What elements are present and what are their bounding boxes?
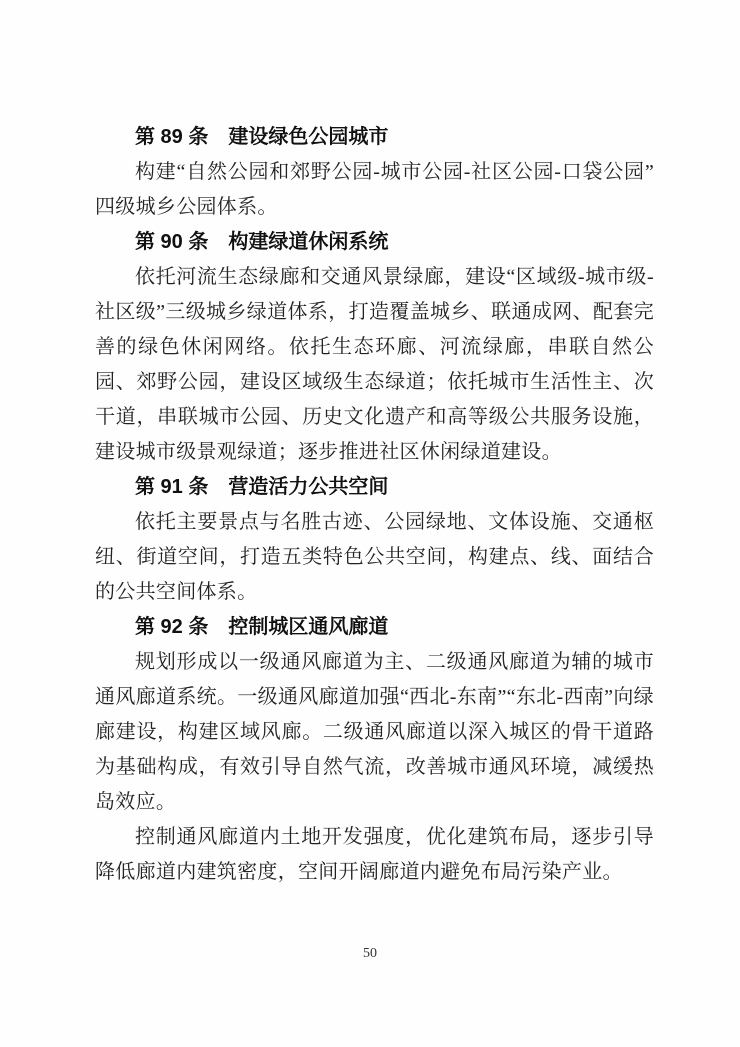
article-heading: 第 92 条 控制城区通风廊道 bbox=[95, 610, 654, 645]
article-paragraph: 控制通风廊道内土地开发强度，优化建筑布局，逐步引导降低廊道内建筑密度，空间开阔廊… bbox=[95, 820, 654, 890]
article-heading: 第 91 条 营造活力公共空间 bbox=[95, 470, 654, 505]
article-section-90: 第 90 条 构建绿道休闲系统 依托河流生态绿廊和交通风景绿廊，建设“区域级-城… bbox=[95, 225, 654, 470]
document-content: 第 89 条 建设绿色公园城市 构建“自然公园和郊野公园-城市公园-社区公园-口… bbox=[95, 120, 654, 890]
article-paragraph: 依托主要景点与名胜古迹、公园绿地、文体设施、交通枢纽、街道空间，打造五类特色公共… bbox=[95, 505, 654, 610]
article-section-89: 第 89 条 建设绿色公园城市 构建“自然公园和郊野公园-城市公园-社区公园-口… bbox=[95, 120, 654, 225]
article-section-92: 第 92 条 控制城区通风廊道 规划形成以一级通风廊道为主、二级通风廊道为辅的城… bbox=[95, 610, 654, 890]
article-paragraph: 构建“自然公园和郊野公园-城市公园-社区公园-口袋公园”四级城乡公园体系。 bbox=[95, 155, 654, 225]
article-paragraph: 规划形成以一级通风廊道为主、二级通风廊道为辅的城市通风廊道系统。一级通风廊道加强… bbox=[95, 645, 654, 820]
article-section-91: 第 91 条 营造活力公共空间 依托主要景点与名胜古迹、公园绿地、文体设施、交通… bbox=[95, 470, 654, 610]
article-heading: 第 90 条 构建绿道休闲系统 bbox=[95, 225, 654, 260]
article-heading: 第 89 条 建设绿色公园城市 bbox=[95, 120, 654, 155]
page-number: 50 bbox=[0, 946, 740, 962]
article-paragraph: 依托河流生态绿廊和交通风景绿廊，建设“区域级-城市级-社区级”三级城乡绿道体系，… bbox=[95, 260, 654, 470]
document-page: 第 89 条 建设绿色公园城市 构建“自然公园和郊野公园-城市公园-社区公园-口… bbox=[0, 0, 740, 1047]
